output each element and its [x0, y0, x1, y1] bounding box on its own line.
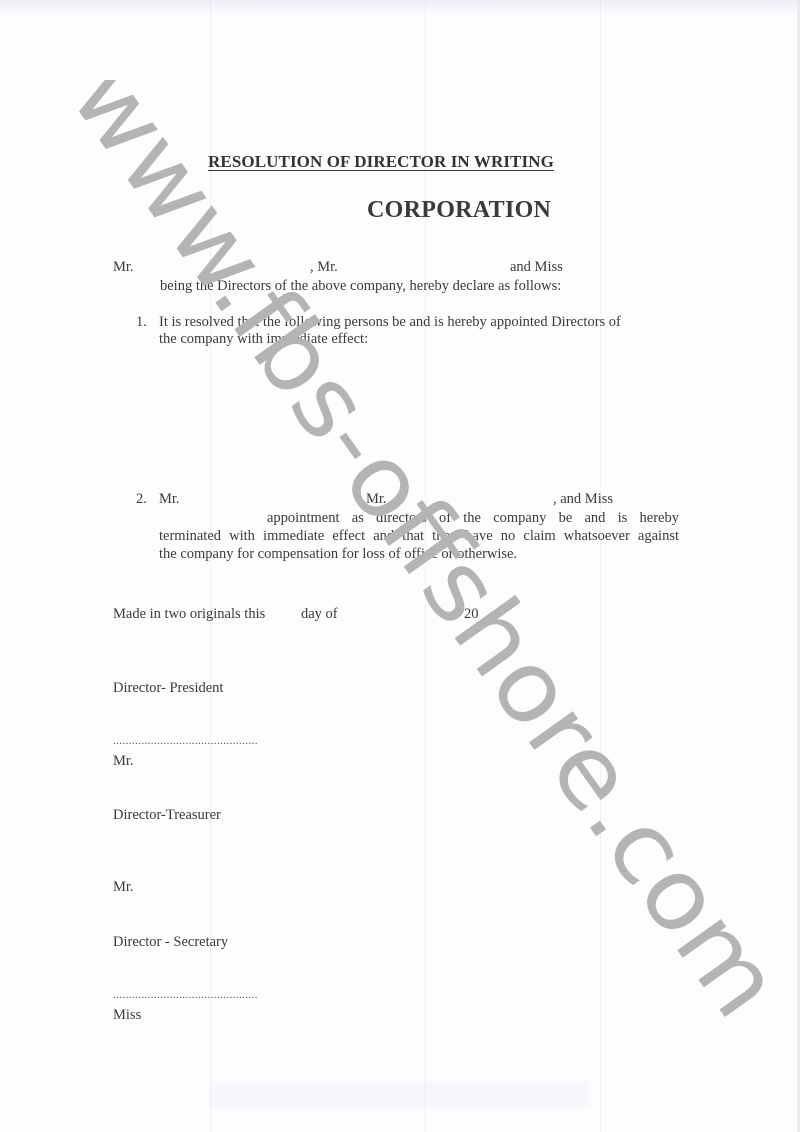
item-2-line-3: terminated with immediate effect and tha… [159, 527, 679, 546]
made-in-year-prefix: 20 [464, 605, 479, 624]
document-page: RESOLUTION OF DIRECTOR IN WRITING CORPOR… [0, 0, 800, 1132]
intro-mr-1: Mr. [113, 258, 134, 277]
scan-smudge-bottom [210, 1082, 590, 1108]
intro-declaration: being the Directors of the above company… [160, 277, 561, 296]
scan-edge-top [0, 0, 800, 14]
item-2-line-2: appointment as directors of the company … [267, 509, 679, 528]
item-1-number: 1. [136, 313, 147, 332]
watermark: www.fbs-offshore.com [40, 80, 800, 1080]
item-2-number: 2. [136, 490, 147, 509]
scan-streak [600, 0, 601, 1132]
signature-role-secretary: Director - Secretary [113, 933, 228, 952]
made-in-text: Made in two originals this [113, 605, 265, 624]
item-1-line-2: the company with immediate effect: [159, 330, 368, 349]
signature-line-president: ........................................… [113, 735, 371, 747]
item-2-line-4: the company for compensation for loss of… [159, 545, 517, 564]
signature-name-treasurer: Mr. [113, 878, 134, 897]
signature-name-president: Mr. [113, 752, 134, 771]
item-2-and-miss: , and Miss [553, 490, 613, 509]
signature-role-treasurer: Director-Treasurer [113, 806, 221, 825]
intro-and-miss: and Miss [510, 258, 563, 277]
signature-line-secretary: ........................................… [113, 989, 371, 1001]
item-2-mr-1: Mr. [159, 490, 180, 509]
signature-role-president: Director- President [113, 679, 223, 698]
intro-mr-2: , Mr. [310, 258, 338, 277]
signature-name-secretary: Miss [113, 1006, 141, 1025]
made-in-day-of: day of [301, 605, 338, 624]
company-label: CORPORATION [367, 197, 551, 224]
document-title: RESOLUTION OF DIRECTOR IN WRITING [208, 152, 554, 172]
item-2-mr-2: Mr. [366, 490, 387, 509]
